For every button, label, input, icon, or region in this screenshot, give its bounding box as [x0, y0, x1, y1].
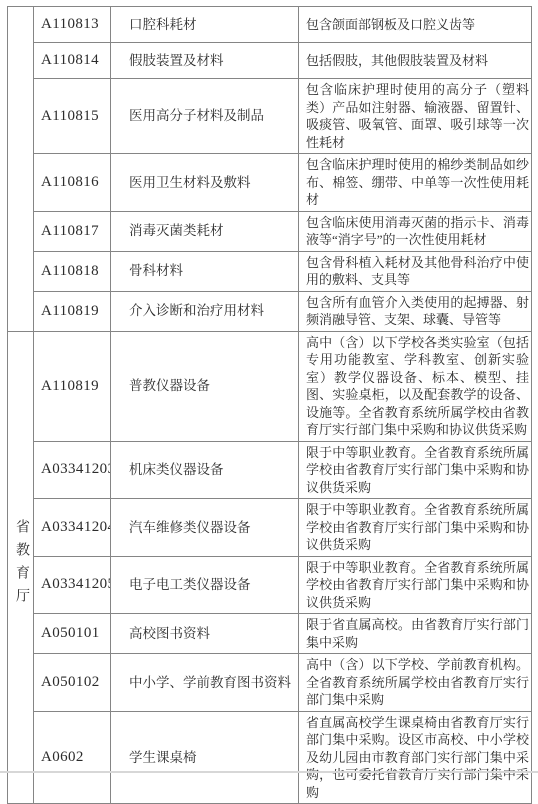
name-cell: 汽车维修类仪器设备 [111, 499, 299, 557]
table-row: A03341204 汽车维修类仪器设备 限于中等职业教育。全省教育系统所属学校由… [8, 499, 532, 557]
name-cell: 骨科材料 [111, 251, 299, 291]
code-cell: A03341203 [34, 441, 111, 499]
table-row: 省教育厅 A110819 普教仪器设备 高中（含）以下学校各类实验室（包括专用功… [8, 331, 532, 441]
code-cell: A110816 [34, 154, 111, 212]
code-cell: A110814 [34, 43, 111, 79]
department-cell: 省教育厅 [8, 331, 34, 804]
code-cell: A110819 [34, 331, 111, 441]
name-cell: 医用高分子材料及制品 [111, 79, 299, 154]
table-row: A110816 医用卫生材料及敷料 包含临床护理时使用的棉纱类制品如纱布、棉签、… [8, 154, 532, 212]
code-cell: A110813 [34, 7, 111, 43]
code-cell: A03341205 [34, 556, 111, 614]
table-row: A050102 中小学、学前教育图书资料 高中（含）以下学校、学前教育机构。全省… [8, 654, 532, 712]
code-cell: A110819 [34, 291, 111, 331]
table-row: A0602 学生课桌椅 省直属高校学生课桌椅由省教育厅实行部门集中采购。设区市高… [8, 711, 532, 804]
code-cell: A110815 [34, 79, 111, 154]
name-cell: 普教仪器设备 [111, 331, 299, 441]
desc-cell: 省直属高校学生课桌椅由省教育厅实行部门集中采购。设区市高校、中小学校及幼儿园由市… [299, 711, 532, 804]
code-cell: A110818 [34, 251, 111, 291]
name-cell: 中小学、学前教育图书资料 [111, 654, 299, 712]
code-cell: A050102 [34, 654, 111, 712]
desc-cell: 限于中等职业教育。全省教育系统所属学校由省教育厅实行部门集中采购和协议供货采购 [299, 441, 532, 499]
desc-cell: 高中（含）以下学校各类实验室（包括专用功能教室、学科教室、创新实验室）教学仪器设… [299, 331, 532, 441]
table-row: A050101 高校图书资料 限于省直属高校。由省教育厅实行部门集中采购 [8, 614, 532, 654]
name-cell: 介入诊断和治疗用材料 [111, 291, 299, 331]
document-page: A110813 口腔科耗材 包含颌面部钢板及口腔义齿等 A110814 假肢装置… [0, 0, 538, 775]
scan-edge-shadow [0, 771, 538, 773]
code-cell: A110817 [34, 211, 111, 251]
code-cell: A050101 [34, 614, 111, 654]
table-row: A110817 消毒灭菌类耗材 包含临床使用消毒灭菌的指示卡、消毒液等“消字号”… [8, 211, 532, 251]
desc-cell: 包含临床使用消毒灭菌的指示卡、消毒液等“消字号”的一次性使用耗材 [299, 211, 532, 251]
desc-cell: 限于省直属高校。由省教育厅实行部门集中采购 [299, 614, 532, 654]
desc-cell: 包含所有血管介入类使用的起搏器、射频消融导管、支架、球囊、导管等 [299, 291, 532, 331]
name-cell: 电子电工类仪器设备 [111, 556, 299, 614]
department-label: 省教育厅 [8, 519, 34, 611]
desc-cell: 包含临床护理时使用的棉纱类制品如纱布、棉签、绷带、中单等一次性使用耗材 [299, 154, 532, 212]
name-cell: 假肢装置及材料 [111, 43, 299, 79]
desc-cell: 高中（含）以下学校、学前教育机构。全省教育系统所属学校由省教育厅实行部门集中采购 [299, 654, 532, 712]
table-row: A110815 医用高分子材料及制品 包含临床护理时使用的高分子（塑料类）产品如… [8, 79, 532, 154]
name-cell: 学生课桌椅 [111, 711, 299, 804]
desc-cell: 包含临床护理时使用的高分子（塑料类）产品如注射器、输液器、留置针、吸痰管、吸氧管… [299, 79, 532, 154]
name-cell: 医用卫生材料及敷料 [111, 154, 299, 212]
procurement-catalog-table: A110813 口腔科耗材 包含颌面部钢板及口腔义齿等 A110814 假肢装置… [7, 6, 532, 804]
desc-cell: 包括假肢，其他假肢装置及材料 [299, 43, 532, 79]
name-cell: 消毒灭菌类耗材 [111, 211, 299, 251]
table-row: A110818 骨科材料 包含骨科植入耗材及其他骨科治疗中使用的敷料、支具等 [8, 251, 532, 291]
table-row: A03341205 电子电工类仪器设备 限于中等职业教育。全省教育系统所属学校由… [8, 556, 532, 614]
department-cell [8, 7, 34, 332]
table-row: A110813 口腔科耗材 包含颌面部钢板及口腔义齿等 [8, 7, 532, 43]
table-row: A03341203 机床类仪器设备 限于中等职业教育。全省教育系统所属学校由省教… [8, 441, 532, 499]
desc-cell: 包含颌面部钢板及口腔义齿等 [299, 7, 532, 43]
name-cell: 口腔科耗材 [111, 7, 299, 43]
name-cell: 高校图书资料 [111, 614, 299, 654]
name-cell: 机床类仪器设备 [111, 441, 299, 499]
desc-cell: 包含骨科植入耗材及其他骨科治疗中使用的敷料、支具等 [299, 251, 532, 291]
table-row: A110819 介入诊断和治疗用材料 包含所有血管介入类使用的起搏器、射频消融导… [8, 291, 532, 331]
code-cell: A0602 [34, 711, 111, 804]
table-row: A110814 假肢装置及材料 包括假肢，其他假肢装置及材料 [8, 43, 532, 79]
desc-cell: 限于中等职业教育。全省教育系统所属学校由省教育厅实行部门集中采购和协议供货采购 [299, 556, 532, 614]
desc-cell: 限于中等职业教育。全省教育系统所属学校由省教育厅实行部门集中采购和协议供货采购 [299, 499, 532, 557]
code-cell: A03341204 [34, 499, 111, 557]
